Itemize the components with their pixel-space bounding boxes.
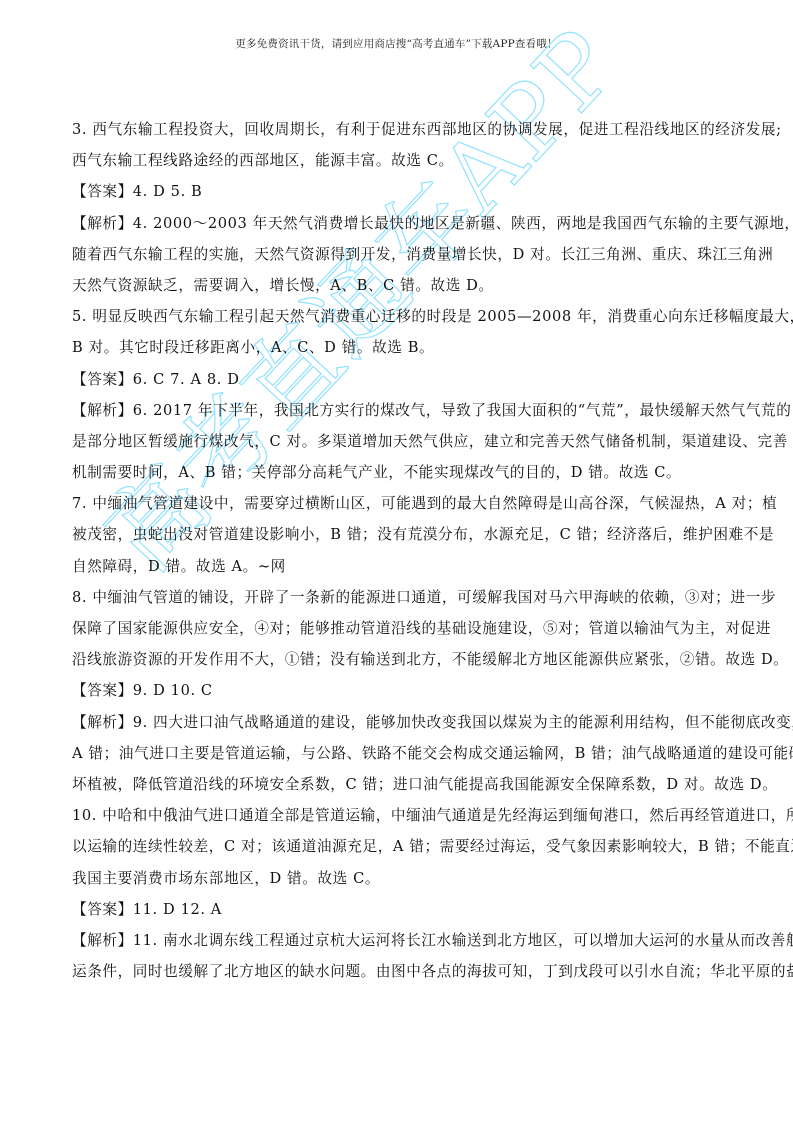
text-line: 自然障碍，D 错。故选 A。~网 xyxy=(72,551,724,582)
answer-line: 【答案】9. D 10. C xyxy=(72,675,724,706)
text-line: 西气东输工程线路途经的西部地区，能源丰富。故选 C。 xyxy=(72,145,724,176)
answer-line: 【答案】11. D 12. A xyxy=(72,894,724,925)
text-line: 随着西气东输工程的实施，天然气资源得到开发，消费量增长快，D 对。长江三角洲、重… xyxy=(72,239,724,270)
text-line: 保障了国家能源供应安全，④对；能够推动管道沿线的基础设施建设，⑤对；管道以输油气… xyxy=(72,613,724,644)
text-line: 是部分地区暂缓施行煤改气，C 对。多渠道增加天然气供应，建立和完善天然气储备机制… xyxy=(72,426,724,457)
text-line: A 错；油气进口主要是管道运输，与公路、铁路不能交会构成交通运输网，B 错；油气… xyxy=(72,738,724,769)
text-line: 以运输的连续性较差，C 对；该通道油源充足，A 错；需要经过海运，受气象因素影响… xyxy=(72,831,724,862)
text-line: 7. 中缅油气管道建设中，需要穿过横断山区，可能遇到的最大自然障碍是山高谷深，气… xyxy=(72,488,724,519)
document-body: 3. 西气东输工程投资大，回收周期长，有利于促进东西部地区的协调发展，促进工程沿… xyxy=(72,114,724,987)
text-line: 我国主要消费市场东部地区，D 错。故选 C。 xyxy=(72,863,724,894)
analysis-line: 【解析】11. 南水北调东线工程通过京杭大运河将长江水输送到北方地区，可以增加大… xyxy=(72,925,724,956)
answer-line: 【答案】4. D 5. B xyxy=(72,176,724,207)
text-line: 运条件，同时也缓解了北方地区的缺水问题。由图中各点的海拔可知，丁到戊段可以引水自… xyxy=(72,956,724,987)
text-line: 3. 西气东输工程投资大，回收周期长，有利于促进东西部地区的协调发展，促进工程沿… xyxy=(72,114,724,145)
analysis-line: 【解析】6. 2017 年下半年，我国北方实行的煤改气，导致了我国大面积的“气荒… xyxy=(72,395,724,426)
text-line: 10. 中哈和中俄油气进口通道全部是管道运输，中缅油气通道是先经海运到缅甸港口，… xyxy=(72,800,724,831)
answer-line: 【答案】6. C 7. A 8. D xyxy=(72,364,724,395)
analysis-line: 【解析】4. 2000～2003 年天然气消费增长最快的地区是新疆、陕西，两地是… xyxy=(72,208,724,239)
text-line: 5. 明显反映西气东输工程引起天然气消费重心迁移的时段是 2005—2008 年… xyxy=(72,301,724,332)
text-line: 机制需要时间，A、B 错；关停部分高耗气产业，不能实现煤改气的目的，D 错。故选… xyxy=(72,457,724,488)
text-line: 坏植被，降低管道沿线的环境安全系数，C 错；进口油气能提高我国能源安全保障系数，… xyxy=(72,769,724,800)
text-line: 天然气资源缺乏，需要调入，增长慢，A、B、C 错。故选 D。 xyxy=(72,270,724,301)
text-line: 被茂密，虫蛇出没对管道建设影响小，B 错；没有荒漠分布，水源充足，C 错；经济落… xyxy=(72,519,724,550)
text-line: 沿线旅游资源的开发作用不大，①错；没有输送到北方，不能缓解北方地区能源供应紧张，… xyxy=(72,644,724,675)
text-line: B 对。其它时段迁移距离小，A、C、D 错。故选 B。 xyxy=(72,332,724,363)
text-line: 8. 中缅油气管道的铺设，开辟了一条新的能源进口通道，可缓解我国对马六甲海峡的依… xyxy=(72,582,724,613)
promo-banner: 更多免费资讯干货，请到应用商店搜“高考直通车”下载APP查看哦！ xyxy=(0,36,793,51)
analysis-line: 【解析】9. 四大进口油气战略通道的建设，能够加快改变我国以煤炭为主的能源利用结… xyxy=(72,707,724,738)
